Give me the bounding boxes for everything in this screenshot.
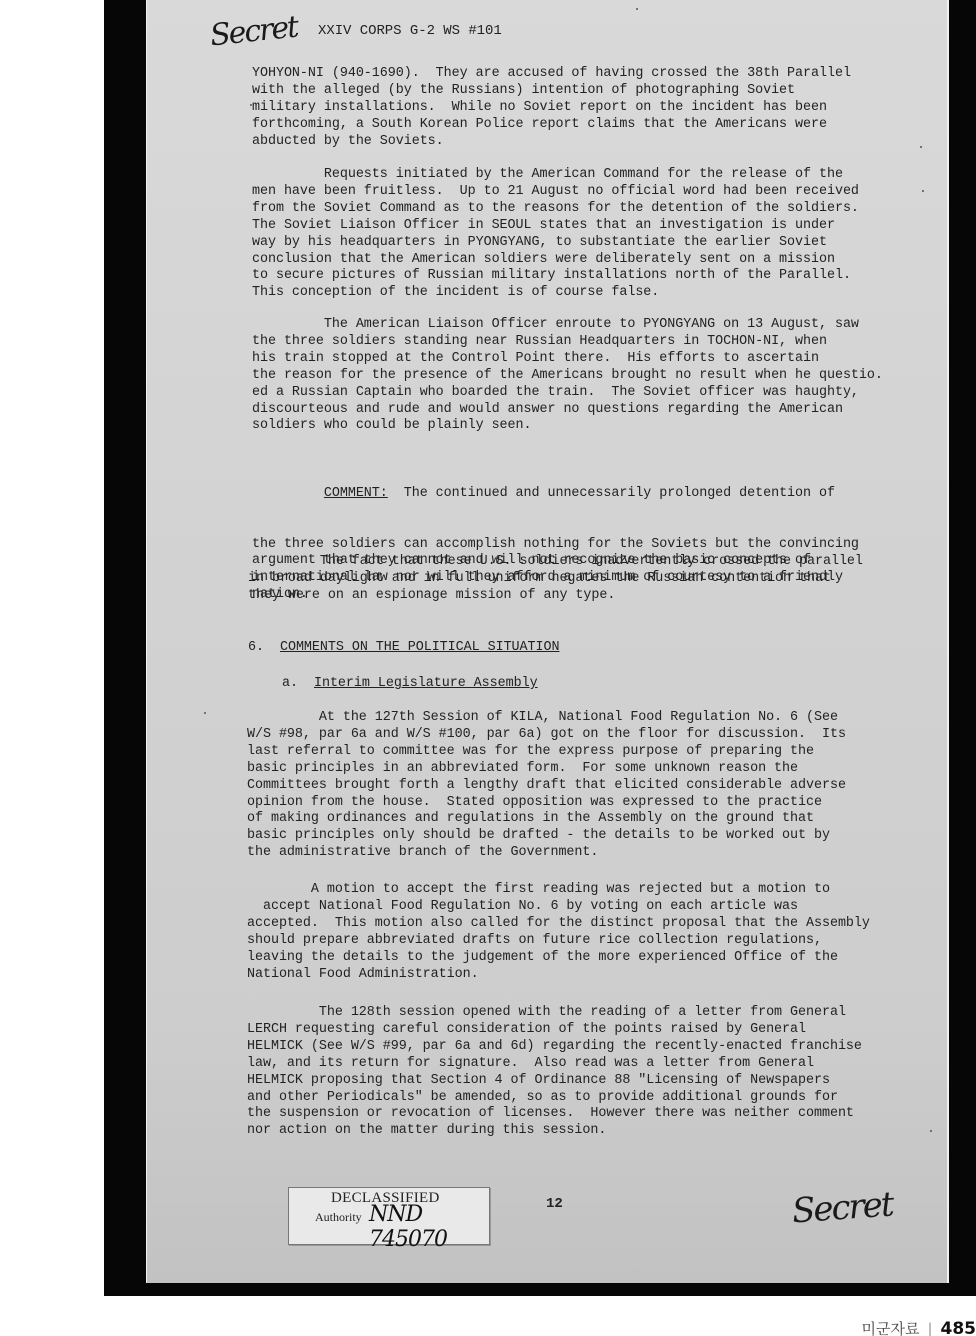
text-line: in broad daylight and in full uniform ne…: [248, 571, 863, 588]
text-line: men have been fruitless. Up to 21 August…: [252, 184, 859, 201]
text-line: they were on an espionage mission of any…: [248, 588, 863, 605]
text-line: Requests initiated by the American Comma…: [252, 167, 859, 184]
text-line: A motion to accept the first reading was…: [247, 882, 870, 899]
footer-separator: |: [927, 1320, 932, 1336]
stamp-authority-label: Authority: [315, 1210, 362, 1225]
text-line: abducted by the Soviets.: [252, 134, 851, 151]
text-line: with the alleged (by the Russians) inten…: [252, 83, 851, 100]
text-line: YOHYON-NI (940-1690). They are accused o…: [252, 66, 851, 83]
text-line: The American Liaison Officer enroute to …: [252, 317, 883, 334]
paragraph: At the 127th Session of KILA, National F…: [247, 710, 846, 862]
text-line: nor action on the matter during this ses…: [247, 1123, 862, 1140]
text-line: to secure pictures of Russian military i…: [252, 268, 859, 285]
text-line: accepted. This motion also called for th…: [247, 916, 870, 933]
document-page-number: 12: [546, 1196, 563, 1212]
text-line: the administrative branch of the Governm…: [247, 845, 846, 862]
text-line: The fact that these U.S. soldiers inadve…: [248, 554, 863, 571]
text-line: last referral to committee was for the e…: [247, 744, 846, 761]
paragraph: The American Liaison Officer enroute to …: [252, 317, 883, 435]
text-line: the reason for the presence of the Ameri…: [252, 368, 883, 385]
text-line: basic principles only should be drafted …: [247, 828, 846, 845]
text-line: from the Soviet Command as to the reason…: [252, 201, 859, 218]
text-line: the three soldiers standing near Russian…: [252, 334, 883, 351]
comment-first-line: COMMENT: The continued and unnecessarily…: [252, 486, 859, 503]
subsection-heading: a. Interim Legislature Assembly: [282, 676, 538, 693]
paragraph: Requests initiated by the American Comma…: [252, 167, 859, 302]
text-line: way by his headquarters in PYONGYANG, to…: [252, 235, 859, 252]
text-line: of making ordinances and regulations in …: [247, 811, 846, 828]
text-line: conclusion that the American soldiers we…: [252, 252, 859, 269]
text-line: opinion from the house. Stated oppositio…: [247, 795, 846, 812]
text-line: the suspension or revocation of licenses…: [247, 1106, 862, 1123]
book-section-label: 미군자료: [861, 1320, 919, 1336]
subsection-title: Interim Legislature Assembly: [314, 676, 538, 691]
handwritten-secret-signature: Secret: [791, 1185, 894, 1232]
text-line: leaving the details to the judgement of …: [247, 950, 870, 967]
paragraph: The 128th session opened with the readin…: [247, 1005, 862, 1140]
section-heading: 6. COMMENTS ON THE POLITICAL SITUATION: [248, 640, 559, 657]
declassified-stamp: DECLASSIFIED Authority NND 745070: [288, 1187, 490, 1245]
section-title: COMMENTS ON THE POLITICAL SITUATION: [280, 640, 560, 655]
text-line: soldiers who could be plainly seen.: [252, 418, 883, 435]
text-line: accept National Food Regulation No. 6 by…: [247, 899, 870, 916]
section-number: 6.: [248, 640, 264, 655]
comment-label: COMMENT:: [324, 486, 388, 501]
comment-text: The continued and unnecessarily prolonge…: [388, 486, 835, 501]
text-line: HELMICK (See W/S #99, par 6a and 6d) reg…: [247, 1039, 862, 1056]
text-line: military installations. While no Soviet …: [252, 100, 851, 117]
text-line: the three soldiers can accomplish nothin…: [252, 537, 859, 554]
paragraph: A motion to accept the first reading was…: [247, 882, 870, 983]
stamp-authority-number: NND 745070: [369, 1202, 489, 1252]
book-page-number: 485: [941, 1319, 976, 1336]
book-footer: 미군자료|485: [861, 1318, 976, 1336]
text-line: his train stopped at the Control Point t…: [252, 351, 883, 368]
subsection-letter: a.: [282, 676, 298, 691]
text-line: HELMICK proposing that Section 4 of Ordi…: [247, 1073, 862, 1090]
text-line: W/S #98, par 6a and W/S #100, par 6a) go…: [247, 727, 846, 744]
text-line: LERCH requesting careful consideration o…: [247, 1022, 862, 1039]
paragraph: The fact that these U.S. soldiers inadve…: [248, 554, 863, 605]
text-line: The 128th session opened with the readin…: [247, 1005, 862, 1022]
text-line: This conception of the incident is of co…: [252, 285, 859, 302]
text-line: ed a Russian Captain who boarded the tra…: [252, 385, 883, 402]
text-line: should prepare abbreviated drafts on fut…: [247, 933, 870, 950]
text-line: At the 127th Session of KILA, National F…: [247, 710, 846, 727]
text-line: basic principles in an abbreviated form.…: [247, 761, 846, 778]
text-line: Committees brought forth a lengthy draft…: [247, 778, 846, 795]
text-line: forthcoming, a South Korean Police repor…: [252, 117, 851, 134]
text-line: law, and its return for signature. Also …: [247, 1056, 862, 1073]
text-line: and other Periodicals" be amended, so as…: [247, 1090, 862, 1107]
document-reference: XXIV CORPS G-2 WS #101: [318, 23, 502, 40]
text-line: discourteous and rude and would answer n…: [252, 402, 883, 419]
text-line: The Soviet Liaison Officer in SEOUL stat…: [252, 218, 859, 235]
paragraph: YOHYON-NI (940-1690). They are accused o…: [252, 66, 851, 151]
text-line: National Food Administration.: [247, 967, 870, 984]
